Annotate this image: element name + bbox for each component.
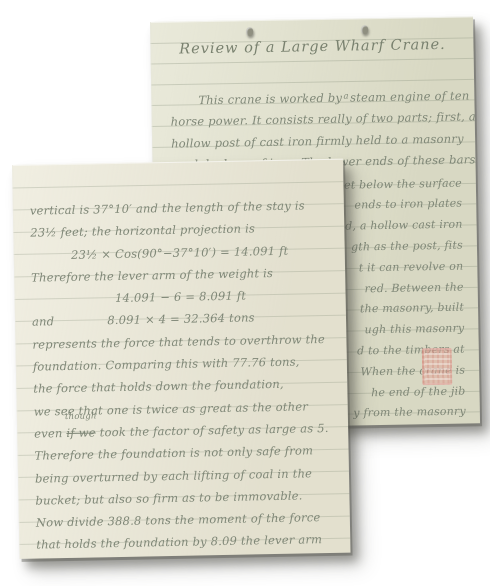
line-text: and [32, 315, 54, 329]
line-text: This crane is worked by [198, 91, 342, 108]
front-page-text: vertical is 37°10′ and the length of the… [13, 160, 350, 559]
line-text: took the factor of safety as large as 5. [100, 421, 329, 439]
fastener-pin-icon [361, 25, 368, 34]
revenue-stamp [422, 348, 453, 386]
line-text: even [34, 426, 63, 441]
fastener-pin-icon [246, 27, 253, 36]
line-text: steam engine of ten [350, 88, 470, 104]
equation-text: 8.091 × 4 = 32.364 tons [107, 307, 255, 332]
inserted-word-wrap: if wethough [66, 421, 96, 444]
inserted-word: though [65, 412, 97, 422]
document-title: Review of a Large Wharf Crane. [151, 33, 473, 61]
front-page: vertical is 37°10′ and the length of the… [12, 159, 351, 559]
inserted-word: a [343, 93, 348, 102]
photo-background: Review of a Large Wharf Crane. This cran… [0, 0, 490, 586]
struck-word: if we [66, 425, 96, 440]
